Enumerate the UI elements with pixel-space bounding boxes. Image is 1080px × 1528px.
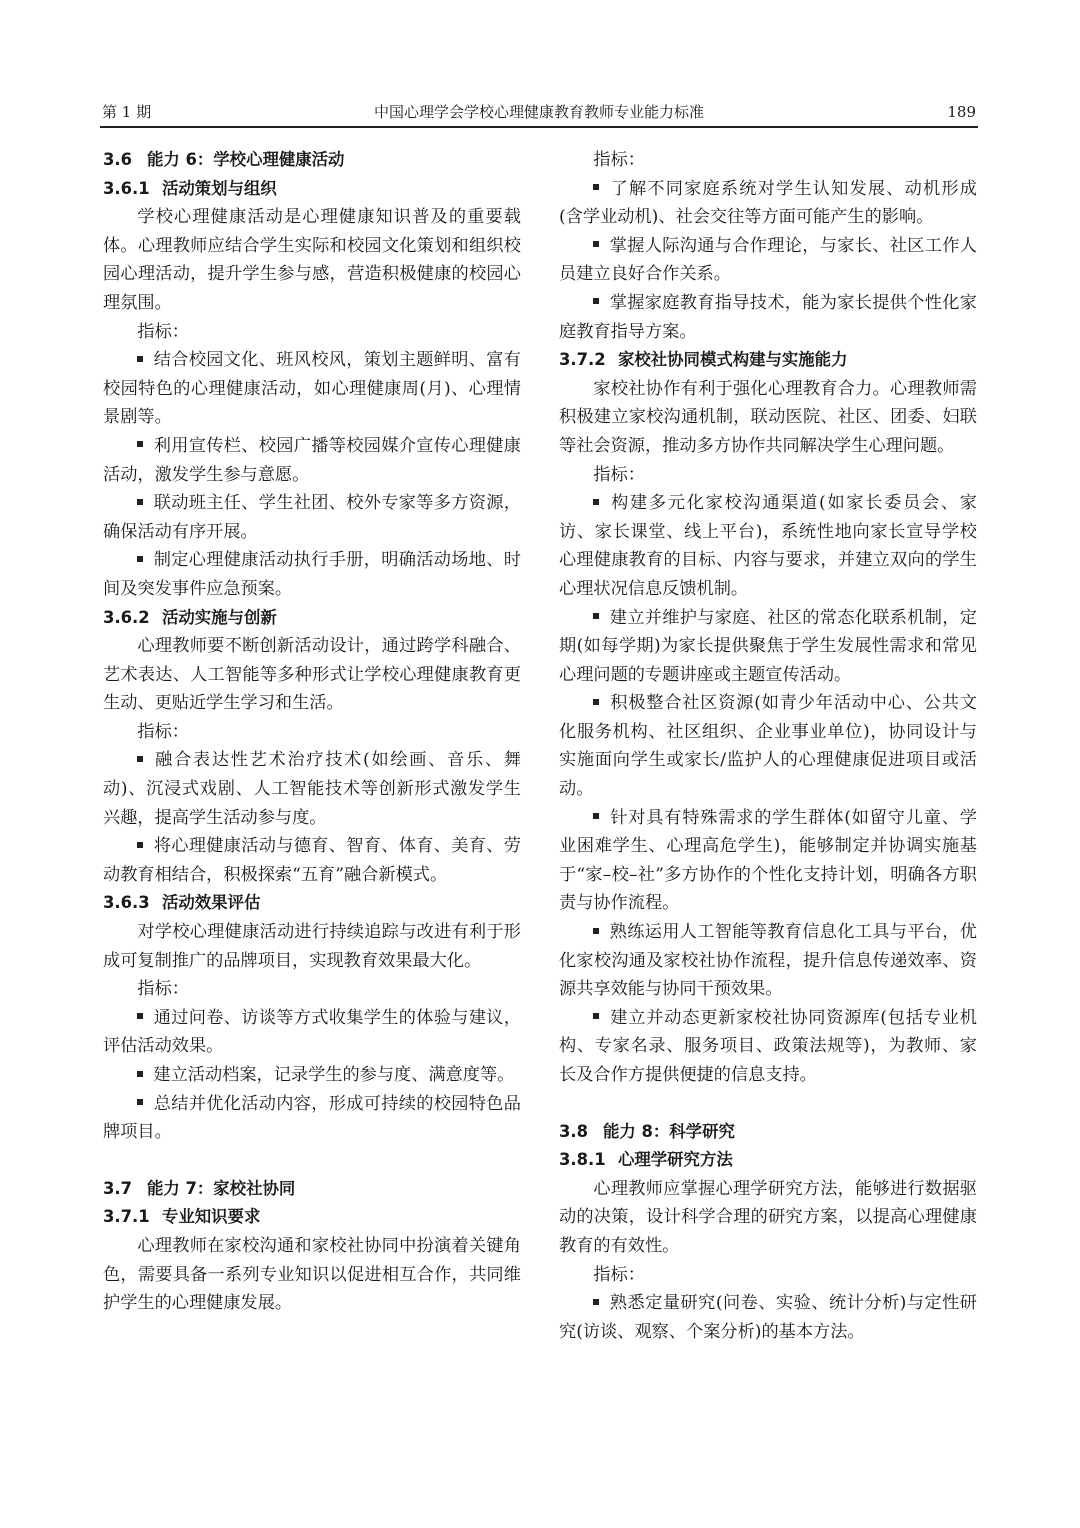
bullet-icon bbox=[137, 499, 143, 505]
left-column: 3.6能力 6：学校心理健康活动 3.6.1活动策划与组织 学校心理健康活动是心… bbox=[103, 146, 521, 1318]
bullet-item: 积极整合社区资源(如青少年活动中心、公共文化服务机构、社区组织、企业事业单位)，… bbox=[559, 689, 977, 803]
subsection-heading-3-7-1: 3.7.1专业知识要求 bbox=[103, 1203, 521, 1232]
subsection-heading-3-6-1: 3.6.1活动策划与组织 bbox=[103, 175, 521, 204]
indicator-label: 指标： bbox=[559, 146, 977, 175]
bullet-icon bbox=[593, 613, 599, 619]
indicator-label: 指标： bbox=[103, 318, 521, 347]
bullet-icon bbox=[137, 556, 143, 562]
bullet-icon bbox=[593, 928, 599, 934]
bullet-icon bbox=[137, 441, 143, 447]
section-spacer bbox=[103, 1147, 521, 1175]
indicator-label: 指标： bbox=[103, 718, 521, 747]
bullet-icon bbox=[137, 1013, 143, 1019]
bullet-item: 构建多元化家校沟通渠道(如家长委员会、家访、家长课堂、线上平台)，系统性地向家长… bbox=[559, 489, 977, 603]
paragraph: 心理教师在家校沟通和家校社协同中扮演着关键角色，需要具备一系列专业知识以促进相互… bbox=[103, 1232, 521, 1318]
bullet-item: 结合校园文化、班风校风，策划主题鲜明、富有校园特色的心理健康活动，如心理健康周(… bbox=[103, 346, 521, 432]
bullet-icon bbox=[593, 298, 599, 304]
bullet-icon bbox=[137, 356, 143, 362]
bullet-item: 利用宣传栏、校园广播等校园媒介宣传心理健康活动，激发学生参与意愿。 bbox=[103, 432, 521, 489]
bullet-icon bbox=[593, 241, 599, 247]
bullet-item: 掌握家庭教育指导技术，能为家长提供个性化家庭教育指导方案。 bbox=[559, 289, 977, 346]
bullet-icon bbox=[137, 1099, 143, 1105]
running-header: 第 1 期 中国心理学会学校心理健康教育教师专业能力标准 189 bbox=[100, 100, 978, 124]
bullet-item: 熟悉定量研究(问卷、实验、统计分析)与定性研究(访谈、观察、个案分析)的基本方法… bbox=[559, 1289, 977, 1346]
bullet-icon bbox=[593, 184, 599, 190]
section-heading-3-6: 3.6能力 6：学校心理健康活动 bbox=[103, 146, 521, 175]
bullet-item: 掌握人际沟通与合作理论，与家长、社区工作人员建立良好合作关系。 bbox=[559, 232, 977, 289]
right-column: 指标： 了解不同家庭系统对学生认知发展、动机形成(含学业动机)、社会交往等方面可… bbox=[559, 146, 977, 1346]
bullet-icon bbox=[593, 699, 599, 705]
bullet-item: 熟练运用人工智能等教育信息化工具与平台，优化家校沟通及家校社协作流程，提升信息传… bbox=[559, 918, 977, 1004]
indicator-label: 指标： bbox=[559, 461, 977, 490]
subsection-heading-3-7-2: 3.7.2家校社协同模式构建与实施能力 bbox=[559, 346, 977, 375]
bullet-item: 建立并维护与家庭、社区的常态化联系机制，定期(如每学期)为家长提供聚焦于学生发展… bbox=[559, 604, 977, 690]
bullet-item: 针对具有特殊需求的学生群体(如留守儿童、学业困难学生、心理高危学生)，能够制定并… bbox=[559, 804, 977, 918]
indicator-label: 指标： bbox=[559, 1261, 977, 1290]
subsection-heading-3-6-3: 3.6.3活动效果评估 bbox=[103, 889, 521, 918]
bullet-icon bbox=[137, 756, 143, 762]
subsection-heading-3-6-2: 3.6.2活动实施与创新 bbox=[103, 604, 521, 633]
indicator-label: 指标： bbox=[103, 975, 521, 1004]
bullet-item: 总结并优化活动内容，形成可持续的校园特色品牌项目。 bbox=[103, 1090, 521, 1147]
bullet-item: 通过问卷、访谈等方式收集学生的体验与建议，评估活动效果。 bbox=[103, 1004, 521, 1061]
bullet-item: 建立并动态更新家校社协同资源库(包括专业机构、专家名录、服务项目、政策法规等)，… bbox=[559, 1004, 977, 1090]
paragraph: 学校心理健康活动是心理健康知识普及的重要载体。心理教师应结合学生实际和校园文化策… bbox=[103, 203, 521, 317]
bullet-icon bbox=[593, 499, 599, 505]
bullet-item: 将心理健康活动与德育、智育、体育、美育、劳动教育相结合，积极探索“五育”融合新模… bbox=[103, 832, 521, 889]
subsection-heading-3-8-1: 3.8.1心理学研究方法 bbox=[559, 1146, 977, 1175]
header-rule bbox=[100, 126, 978, 128]
bullet-item: 融合表达性艺术治疗技术(如绘画、音乐、舞动)、沉浸式戏剧、人工智能技术等创新形式… bbox=[103, 746, 521, 832]
section-heading-3-7: 3.7能力 7：家校社协同 bbox=[103, 1175, 521, 1204]
bullet-icon bbox=[593, 1013, 599, 1019]
bullet-item: 联动班主任、学生社团、校外专家等多方资源，确保活动有序开展。 bbox=[103, 489, 521, 546]
journal-article-title: 中国心理学会学校心理健康教育教师专业能力标准 bbox=[100, 100, 978, 124]
paragraph: 家校社协作有利于强化心理教育合力。心理教师需积极建立家校沟通机制，联动医院、社区… bbox=[559, 375, 977, 461]
section-heading-3-8: 3.8能力 8：科学研究 bbox=[559, 1118, 977, 1147]
bullet-item: 了解不同家庭系统对学生认知发展、动机形成(含学业动机)、社会交往等方面可能产生的… bbox=[559, 175, 977, 232]
paragraph: 心理教师应掌握心理学研究方法，能够进行数据驱动的决策，设计科学合理的研究方案，以… bbox=[559, 1175, 977, 1261]
paragraph: 对学校心理健康活动进行持续追踪与改进有利于形成可复制推广的品牌项目，实现教育效果… bbox=[103, 918, 521, 975]
bullet-icon bbox=[137, 1071, 143, 1077]
bullet-icon bbox=[593, 1299, 599, 1305]
paragraph: 心理教师要不断创新活动设计，通过跨学科融合、艺术表达、人工智能等多种形式让学校心… bbox=[103, 632, 521, 718]
bullet-item: 制定心理健康活动执行手册，明确活动场地、时间及突发事件应急预案。 bbox=[103, 546, 521, 603]
bullet-item: 建立活动档案，记录学生的参与度、满意度等。 bbox=[103, 1061, 521, 1090]
section-spacer bbox=[559, 1090, 977, 1118]
bullet-icon bbox=[593, 813, 599, 819]
bullet-icon bbox=[137, 842, 143, 848]
page-number: 189 bbox=[947, 100, 976, 124]
